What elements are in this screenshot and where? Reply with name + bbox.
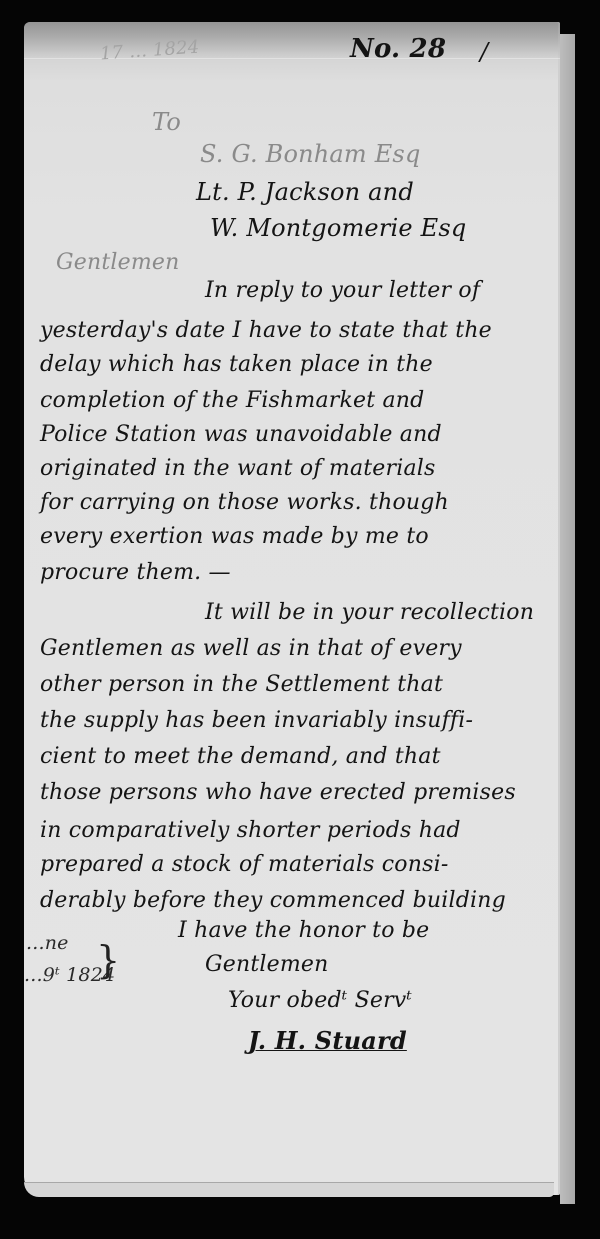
body-line: delay which has taken place in the bbox=[40, 352, 433, 377]
body-line: originated in the want of materials bbox=[40, 456, 436, 481]
body-line: Police Station was unavoidable and bbox=[40, 422, 442, 447]
closing-line-3: Your obedᵗ Servᵗ bbox=[228, 988, 412, 1013]
salutation: Gentlemen bbox=[56, 250, 180, 275]
body-line: derably before they commenced building bbox=[40, 888, 506, 913]
body-line: other person in the Settlement that bbox=[40, 672, 443, 697]
body-line: prepared a stock of materials consi- bbox=[40, 852, 448, 877]
body-line: the supply has been invariably insuffi- bbox=[40, 708, 473, 733]
body-line: cient to meet the demand, and that bbox=[40, 744, 441, 769]
body-line: procure them. — bbox=[40, 560, 231, 585]
body-line: those persons who have erected premises bbox=[40, 780, 516, 805]
body-line: completion of the Fishmarket and bbox=[40, 388, 424, 413]
body-line: In reply to your letter of bbox=[205, 278, 480, 303]
body-line: Gentlemen as well as in that of every bbox=[40, 636, 462, 661]
signature: J. H. Stuard bbox=[248, 1026, 407, 1055]
recipient-2: Lt. P. Jackson and bbox=[196, 178, 414, 206]
body-line: every exertion was made by me to bbox=[40, 524, 429, 549]
body-line: for carrying on those works. though bbox=[40, 490, 449, 515]
page-edge bbox=[560, 34, 575, 1204]
margin-brace-icon: } bbox=[96, 938, 120, 982]
closing-line-2: Gentlemen bbox=[205, 952, 329, 977]
recipient-3: W. Montgomerie Esq bbox=[210, 214, 466, 242]
body-line: in comparatively shorter periods had bbox=[40, 818, 461, 843]
page-bottom-edge bbox=[24, 1182, 554, 1197]
recipient-1: S. G. Bonham Esq bbox=[200, 140, 421, 168]
document-tick-mark: / bbox=[480, 38, 488, 66]
margin-note-line-1: ...ne bbox=[26, 932, 69, 954]
closing-line-1: I have the honor to be bbox=[178, 918, 429, 943]
address-to: To bbox=[152, 108, 181, 136]
document-number: No. 28 bbox=[350, 34, 446, 64]
body-line: yesterday's date I have to state that th… bbox=[40, 318, 492, 343]
body-line: It will be in your recollection bbox=[205, 600, 534, 625]
